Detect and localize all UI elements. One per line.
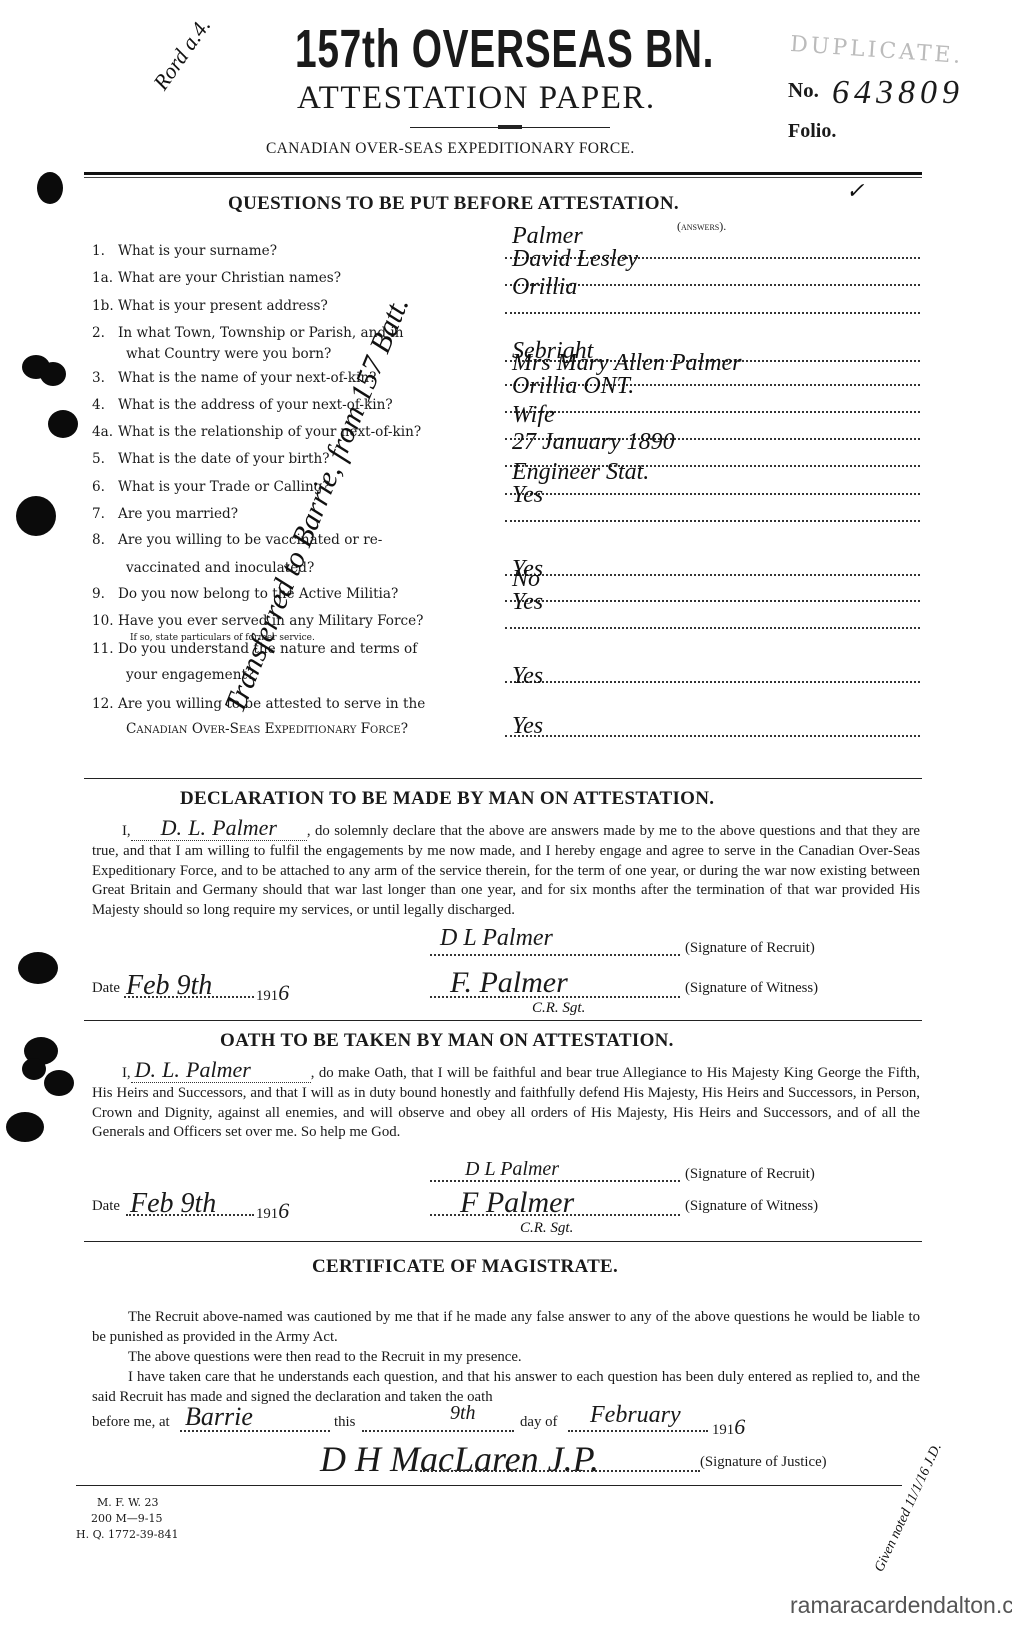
signature-dots: [420, 1470, 700, 1472]
date-label: Date: [92, 980, 120, 997]
question-text-continued: Canadian Over-Seas Expeditionary Force?: [126, 721, 526, 738]
witness-signature-label: (Signature of Witness): [685, 1198, 818, 1215]
year-suffix: 6: [278, 980, 289, 1005]
question-text-continued: your engagement?: [126, 667, 526, 684]
question-text-continued: what Country were you born?: [126, 346, 526, 363]
date-label: Date: [92, 1198, 120, 1215]
justice-signature-label: (Signature of Justice): [700, 1454, 827, 1471]
question-text: Are you married?: [118, 506, 238, 522]
question-text: Are you willing to be attested to serve …: [118, 696, 425, 712]
question-text: Are you willing to be vaccinated or re-: [118, 532, 382, 548]
question-row: 10.Have you ever served in any Military …: [92, 613, 492, 630]
year-suffix: 6: [734, 1414, 745, 1439]
divider: [84, 172, 922, 175]
force-subtitle: CANADIAN OVER-SEAS EXPEDITIONARY FORCE.: [266, 140, 635, 158]
divider: [84, 778, 922, 779]
question-number: 1a.: [92, 270, 118, 287]
recruit-signature-label: (Signature of Recruit): [685, 940, 815, 957]
number-label: No.: [788, 78, 819, 103]
signature-dots: [430, 996, 680, 998]
question-text: What is the date of your birth?: [118, 451, 330, 467]
year-prefix: 191: [256, 1206, 278, 1222]
check-mark-icon: ✓: [846, 178, 864, 204]
signature-dots: [430, 1180, 680, 1182]
question-row: 12.Are you willing to be attested to ser…: [92, 696, 492, 713]
divider: [76, 1485, 902, 1486]
answer-line: [505, 600, 920, 602]
question-number: 8.: [92, 532, 118, 549]
questions-heading: QUESTIONS TO BE PUT BEFORE ATTESTATION.: [228, 193, 679, 215]
certificate-year: 1916: [712, 1414, 745, 1440]
oath-witness-rank: C.R. Sgt.: [520, 1220, 573, 1237]
witness-signature-label: (Signature of Witness): [685, 980, 818, 997]
punch-hole: [18, 952, 58, 984]
answer-value: Yes: [512, 482, 543, 509]
site-watermark: ramaracardendalton.com: [790, 1592, 1012, 1619]
question-text: What is your present address?: [118, 298, 328, 314]
answer-line: [505, 312, 920, 314]
certificate-month: February: [590, 1402, 681, 1429]
declaration-name: D. L. Palmer: [131, 815, 307, 841]
question-number: 6.: [92, 479, 118, 496]
before-me-label: before me, at: [92, 1414, 170, 1431]
punch-hole: [44, 1070, 74, 1096]
answer-value: Wife: [512, 402, 555, 429]
certificate-para-2: The above questions were then read to th…: [92, 1348, 920, 1368]
punch-hole: [6, 1112, 44, 1142]
certificate-day: 9th: [450, 1402, 476, 1425]
day-of-label: day of: [520, 1414, 557, 1431]
divider: [84, 1020, 922, 1021]
question-number: 10.: [92, 613, 118, 630]
question-row: 6.What is your Trade or Calling?: [92, 479, 492, 496]
question-text: What is your Trade or Calling?: [118, 479, 330, 495]
question-row: 1b.What is your present address?: [92, 298, 492, 315]
corner-note: Given noted 11/1/16 J.D.: [872, 1441, 946, 1575]
regimental-number: 643809: [832, 74, 964, 112]
certificate-para-1: The Recruit above-named was cautioned by…: [92, 1308, 920, 1348]
answer-value: 27 January 1890: [512, 429, 675, 456]
margin-note: Rord a.4.: [148, 13, 216, 95]
answer-value: David Lesley: [512, 246, 638, 273]
answer-value: Yes: [512, 713, 543, 740]
question-text: What is the name of your next-of-kin?: [118, 370, 376, 386]
question-row: 1.What is your surname?: [92, 243, 492, 260]
question-number: 1.: [92, 243, 118, 260]
question-number: 7.: [92, 506, 118, 523]
question-number: 4.: [92, 397, 118, 414]
year-prefix: 191: [712, 1422, 734, 1438]
oath-prefix: I,: [122, 1065, 131, 1081]
date-dots: [124, 996, 254, 998]
oath-year: 1916: [256, 1198, 289, 1224]
question-number: 1b.: [92, 298, 118, 315]
question-text: In what Town, Township or Parish, and in: [118, 325, 404, 341]
answers-label: (answers).: [677, 219, 726, 234]
answer-line: [505, 627, 920, 629]
declaration-heading: DECLARATION TO BE MADE BY MAN ON ATTESTA…: [180, 788, 714, 810]
question-number: 4a.: [92, 424, 118, 441]
recruit-signature-label: (Signature of Recruit): [685, 1166, 815, 1183]
question-text-continued: vaccinated and inoculated?: [126, 560, 526, 577]
divider: [410, 127, 610, 128]
punch-hole: [37, 172, 63, 204]
answer-line: [505, 493, 920, 495]
year-prefix: 191: [256, 988, 278, 1004]
declaration-text: I,D. L. Palmer, do solemnly declare that…: [92, 818, 920, 921]
question-row: 11.Do you understand the nature and term…: [92, 641, 492, 658]
justice-signature: D H MacLaren J.P.: [320, 1438, 599, 1480]
question-row: 3.What is the name of your next-of-kin?: [92, 370, 492, 387]
question-number: 2.: [92, 325, 118, 342]
divider: [84, 1241, 922, 1242]
question-number: 12.: [92, 696, 118, 713]
answer-value: Orillia ONT.: [512, 373, 634, 400]
question-text: What is your surname?: [118, 243, 277, 259]
battalion-title: 157th OVERSEAS BN.: [295, 18, 714, 80]
oath-recruit-signature: D L Palmer: [465, 1158, 559, 1181]
folio-label: Folio.: [788, 120, 836, 143]
document-title: ATTESTATION PAPER.: [297, 80, 656, 117]
certificate-heading: CERTIFICATE OF MAGISTRATE.: [312, 1256, 618, 1278]
answer-line: [505, 520, 920, 522]
answer-line: [505, 735, 920, 737]
answer-line: [505, 574, 920, 576]
day-dots: [362, 1430, 514, 1432]
declaration-prefix: I,: [122, 823, 131, 839]
question-row: 2.In what Town, Township or Parish, and …: [92, 325, 492, 342]
hq-code: H. Q. 1772-39-841: [76, 1528, 178, 1541]
punch-hole: [16, 496, 56, 536]
question-text: What is the relationship of your next-of…: [118, 424, 421, 440]
oath-text: I,D. L. Palmer, do make Oath, that I wil…: [92, 1060, 920, 1143]
answer-value: Yes: [512, 589, 543, 616]
question-number: 3.: [92, 370, 118, 387]
declaration-witness-rank: C.R. Sgt.: [532, 1000, 585, 1017]
this-label: this: [334, 1414, 355, 1431]
question-row: 1a.What are your Christian names?: [92, 270, 492, 287]
answer-value: Yes: [512, 663, 543, 690]
year-suffix: 6: [278, 1198, 289, 1223]
date-dots: [126, 1214, 254, 1216]
duplicate-stamp: DUPLICATE.: [789, 32, 964, 69]
certificate-place: Barrie: [185, 1402, 253, 1432]
question-text: Do you now belong to the Active Militia?: [118, 586, 398, 602]
question-text: What are your Christian names?: [118, 270, 341, 286]
question-row: 5.What is the date of your birth?: [92, 451, 492, 468]
oath-heading: OATH TO BE TAKEN BY MAN ON ATTESTATION.: [220, 1030, 674, 1052]
declaration-witness-signature: F. Palmer: [450, 966, 568, 1000]
signature-dots: [430, 954, 680, 956]
question-number: 9.: [92, 586, 118, 603]
punch-hole: [40, 362, 66, 386]
answer-line: [505, 681, 920, 683]
month-dots: [568, 1430, 708, 1432]
question-number: 5.: [92, 451, 118, 468]
declaration-year: 1916: [256, 980, 289, 1006]
form-code: M. F. W. 23: [97, 1496, 159, 1509]
oath-name: D. L. Palmer: [131, 1057, 311, 1083]
question-row: 4a.What is the relationship of your next…: [92, 424, 492, 441]
punch-hole: [22, 1058, 46, 1080]
question-number: 11.: [92, 641, 118, 658]
print-code: 200 M—9-15: [91, 1512, 162, 1525]
answer-value: Orillia: [512, 274, 577, 301]
signature-dots: [430, 1214, 680, 1216]
declaration-recruit-signature: D L Palmer: [440, 925, 553, 952]
question-row: 4.What is the address of your next-of-ki…: [92, 397, 492, 414]
divider: [84, 177, 922, 178]
answer-line: [505, 411, 920, 413]
punch-hole: [48, 410, 78, 438]
